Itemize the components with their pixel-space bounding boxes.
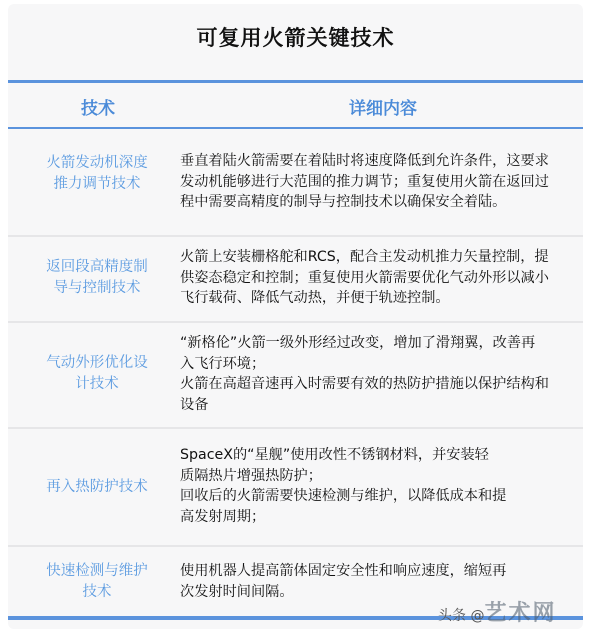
column-header-details: 详细内容 (323, 94, 443, 119)
detail-cell: “新格伦”火箭一级外形经过改变，增加了滑翔翼，改善再 入飞行环境； 火箭在高超音… (180, 333, 570, 415)
table-row: 气动外形优化设 计技术 “新格伦”火箭一级外形经过改变，增加了滑翔翼，改善再 入… (8, 323, 583, 427)
technology-cell: 火箭发动机深度 推力调节技术 (18, 153, 176, 195)
table-card: 可复用火箭关键技术 技术 详细内容 火箭发动机深度 推力调节技术 垂直着陆火箭需… (8, 4, 583, 629)
detail-cell: 垂直着陆火箭需要在着陆时将速度降低到允许条件，这要求 发动机能够进行大范围的推力… (180, 151, 570, 213)
technology-cell: 气动外形优化设 计技术 (18, 353, 176, 395)
detail-cell: 火箭上安装栅格舵和RCS，配合主发动机推力矢量控制，提 供姿态稳定和控制；重复使… (180, 247, 570, 309)
watermark-logo: 艺术网 (484, 601, 556, 626)
technology-cell: 返回段高精度制 导与控制技术 (18, 257, 176, 299)
technology-cell: 再入热防护技术 (18, 477, 176, 498)
column-header-technology: 技术 (58, 94, 138, 119)
table-row: 火箭发动机深度 推力调节技术 垂直着陆火箭需要在着陆时将速度降低到允许条件，这要… (8, 129, 583, 235)
detail-cell: SpaceX的“星舰”使用改性不锈钢材料，并安装轻 质隔热片增强热防护； 回收后… (180, 445, 570, 527)
watermark: 头条 @艺术网 (438, 596, 556, 627)
table-row: 再入热防护技术 SpaceX的“星舰”使用改性不锈钢材料，并安装轻 质隔热片增强… (8, 429, 583, 545)
header-top-rule (8, 80, 583, 83)
table-row: 返回段高精度制 导与控制技术 火箭上安装栅格舵和RCS，配合主发动机推力矢量控制… (8, 237, 583, 321)
technology-cell: 快速检测与维护 技术 (18, 561, 176, 603)
watermark-prefix: 头条 @ (438, 608, 484, 624)
table-header-row: 技术 详细内容 (8, 84, 583, 129)
table-title: 可复用火箭关键技术 (8, 22, 583, 52)
